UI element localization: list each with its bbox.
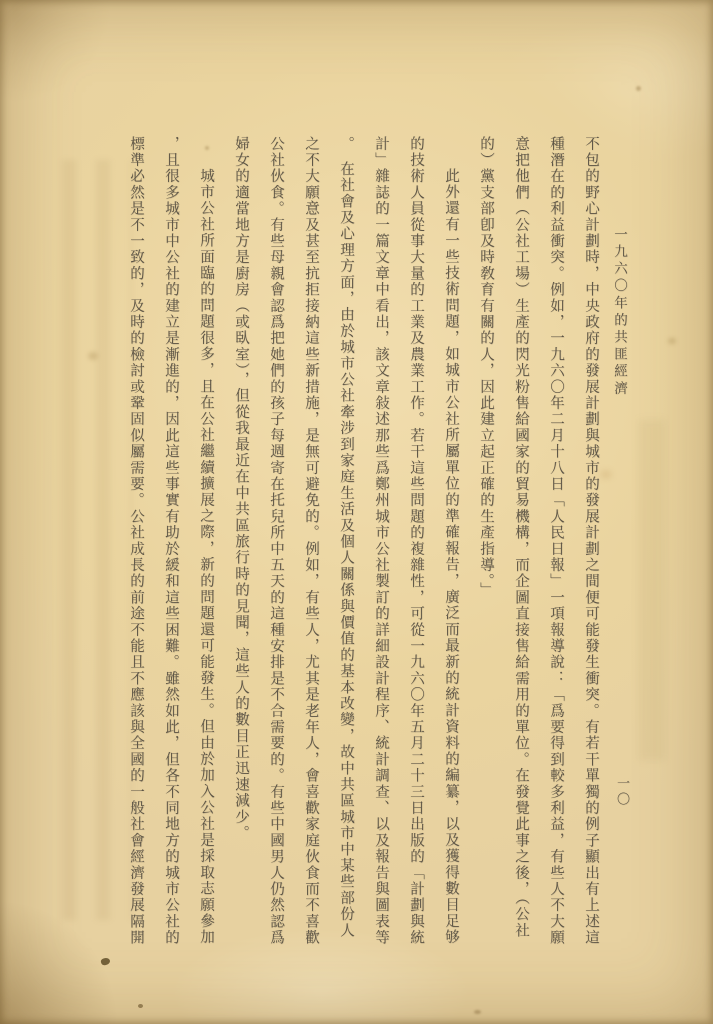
paragraph-2: 此外還有一些技術問題，如城市公社所屬單位的準確報告，廣泛而最新的統計資料的編纂，… bbox=[223, 136, 468, 950]
body-text: 不包的野心計劃時，中央政府的發展計劃與城市的發展計劃之間便可能發生衝突。有若干單… bbox=[118, 136, 608, 950]
stain-spot bbox=[100, 957, 111, 967]
stain-spot bbox=[668, 338, 676, 344]
scanned-page: 不包的野心計劃時，中央政府的發展計劃與城市的發展計劃之間便可能發生衝突。有若干單… bbox=[0, 0, 713, 1024]
margin-title: 一九六〇年的共匪經濟 bbox=[609, 227, 629, 398]
paragraph-3: 城市公社所面臨的問題很多，且在公社繼續擴展之際，新的問題還可能發生。但由於加入公… bbox=[118, 136, 223, 950]
page-number: 一〇 bbox=[613, 776, 632, 808]
bleedthrough-ghost bbox=[639, 420, 665, 760]
stain-spot bbox=[474, 1010, 481, 1014]
stain-spot bbox=[636, 86, 641, 91]
stain-spot bbox=[138, 1004, 143, 1008]
paragraph-1: 不包的野心計劃時，中央政府的發展計劃與城市的發展計劃之間便可能發生衝突。有若干單… bbox=[468, 136, 608, 950]
